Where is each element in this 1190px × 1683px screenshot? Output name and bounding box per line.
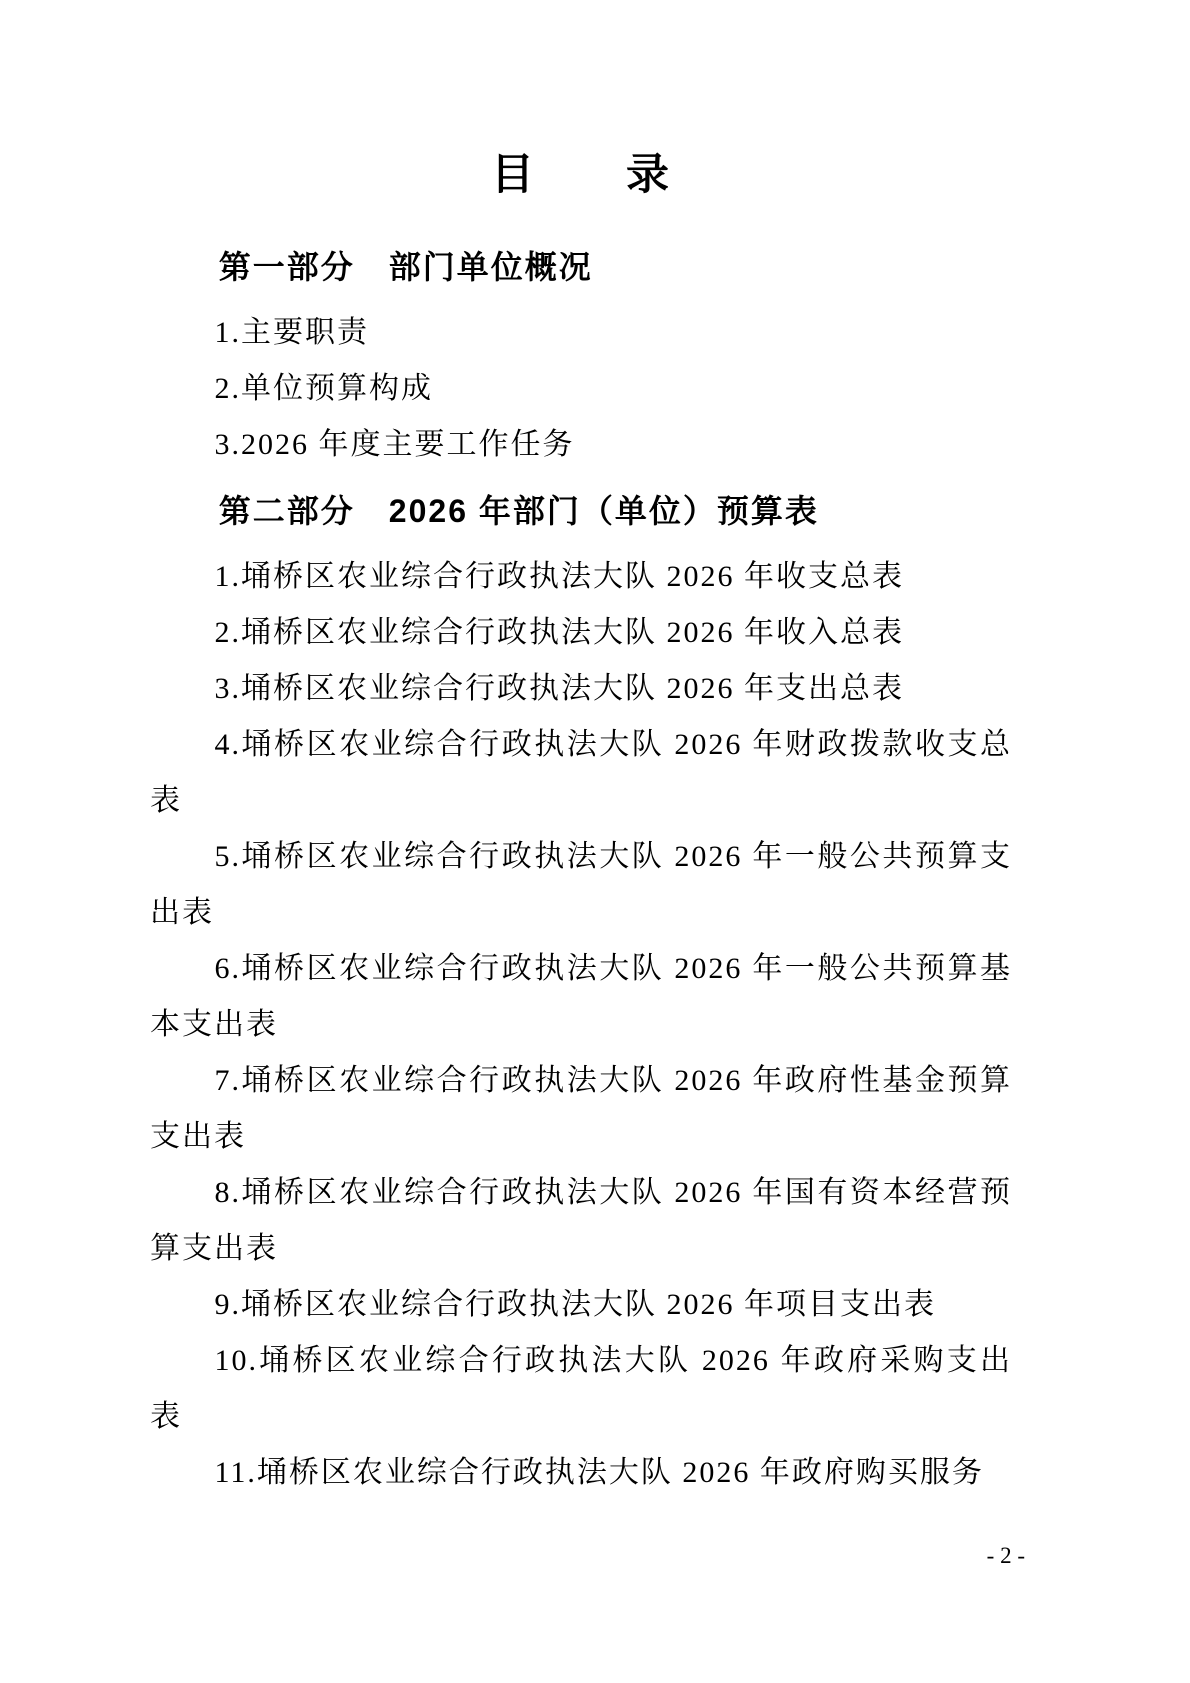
toc-item: 9.埇桥区农业综合行政执法大队 2026 年项目支出表 (150, 1277, 1012, 1333)
toc-section-heading-part1: 第一部分 部门单位概况 (150, 239, 1012, 295)
toc-item: 11.埇桥区农业综合行政执法大队 2026 年政府购买服务 (150, 1445, 1012, 1501)
toc-item: 2.单位预算构成 (150, 361, 1012, 417)
toc-item: 4.埇桥区农业综合行政执法大队 2026 年财政拨款收支总表 (150, 717, 1012, 829)
toc-item: 6.埇桥区农业综合行政执法大队 2026 年一般公共预算基本支出表 (150, 941, 1012, 1053)
toc-item: 10.埇桥区农业综合行政执法大队 2026 年政府采购支出表 (150, 1333, 1012, 1445)
toc-item: 5.埇桥区农业综合行政执法大队 2026 年一般公共预算支出表 (150, 829, 1012, 941)
document-title: 目 录 (150, 145, 1012, 205)
toc-item: 3.埇桥区农业综合行政执法大队 2026 年支出总表 (150, 661, 1012, 717)
toc-item: 1.埇桥区农业综合行政执法大队 2026 年收支总表 (150, 549, 1012, 605)
toc-section-heading-part2: 第二部分 2026 年部门（单位）预算表 (150, 483, 1012, 539)
toc-content: 目 录 第一部分 部门单位概况 1.主要职责 2.单位预算构成 3.2026 年… (150, 145, 1012, 1501)
toc-item: 3.2026 年度主要工作任务 (150, 417, 1012, 473)
page-number: - 2 - (987, 1541, 1025, 1571)
toc-item: 1.主要职责 (150, 305, 1012, 361)
document-page: 目 录 第一部分 部门单位概况 1.主要职责 2.单位预算构成 3.2026 年… (0, 0, 1190, 1683)
toc-item: 8.埇桥区农业综合行政执法大队 2026 年国有资本经营预算支出表 (150, 1165, 1012, 1277)
toc-item: 2.埇桥区农业综合行政执法大队 2026 年收入总表 (150, 605, 1012, 661)
toc-item: 7.埇桥区农业综合行政执法大队 2026 年政府性基金预算支出表 (150, 1053, 1012, 1165)
